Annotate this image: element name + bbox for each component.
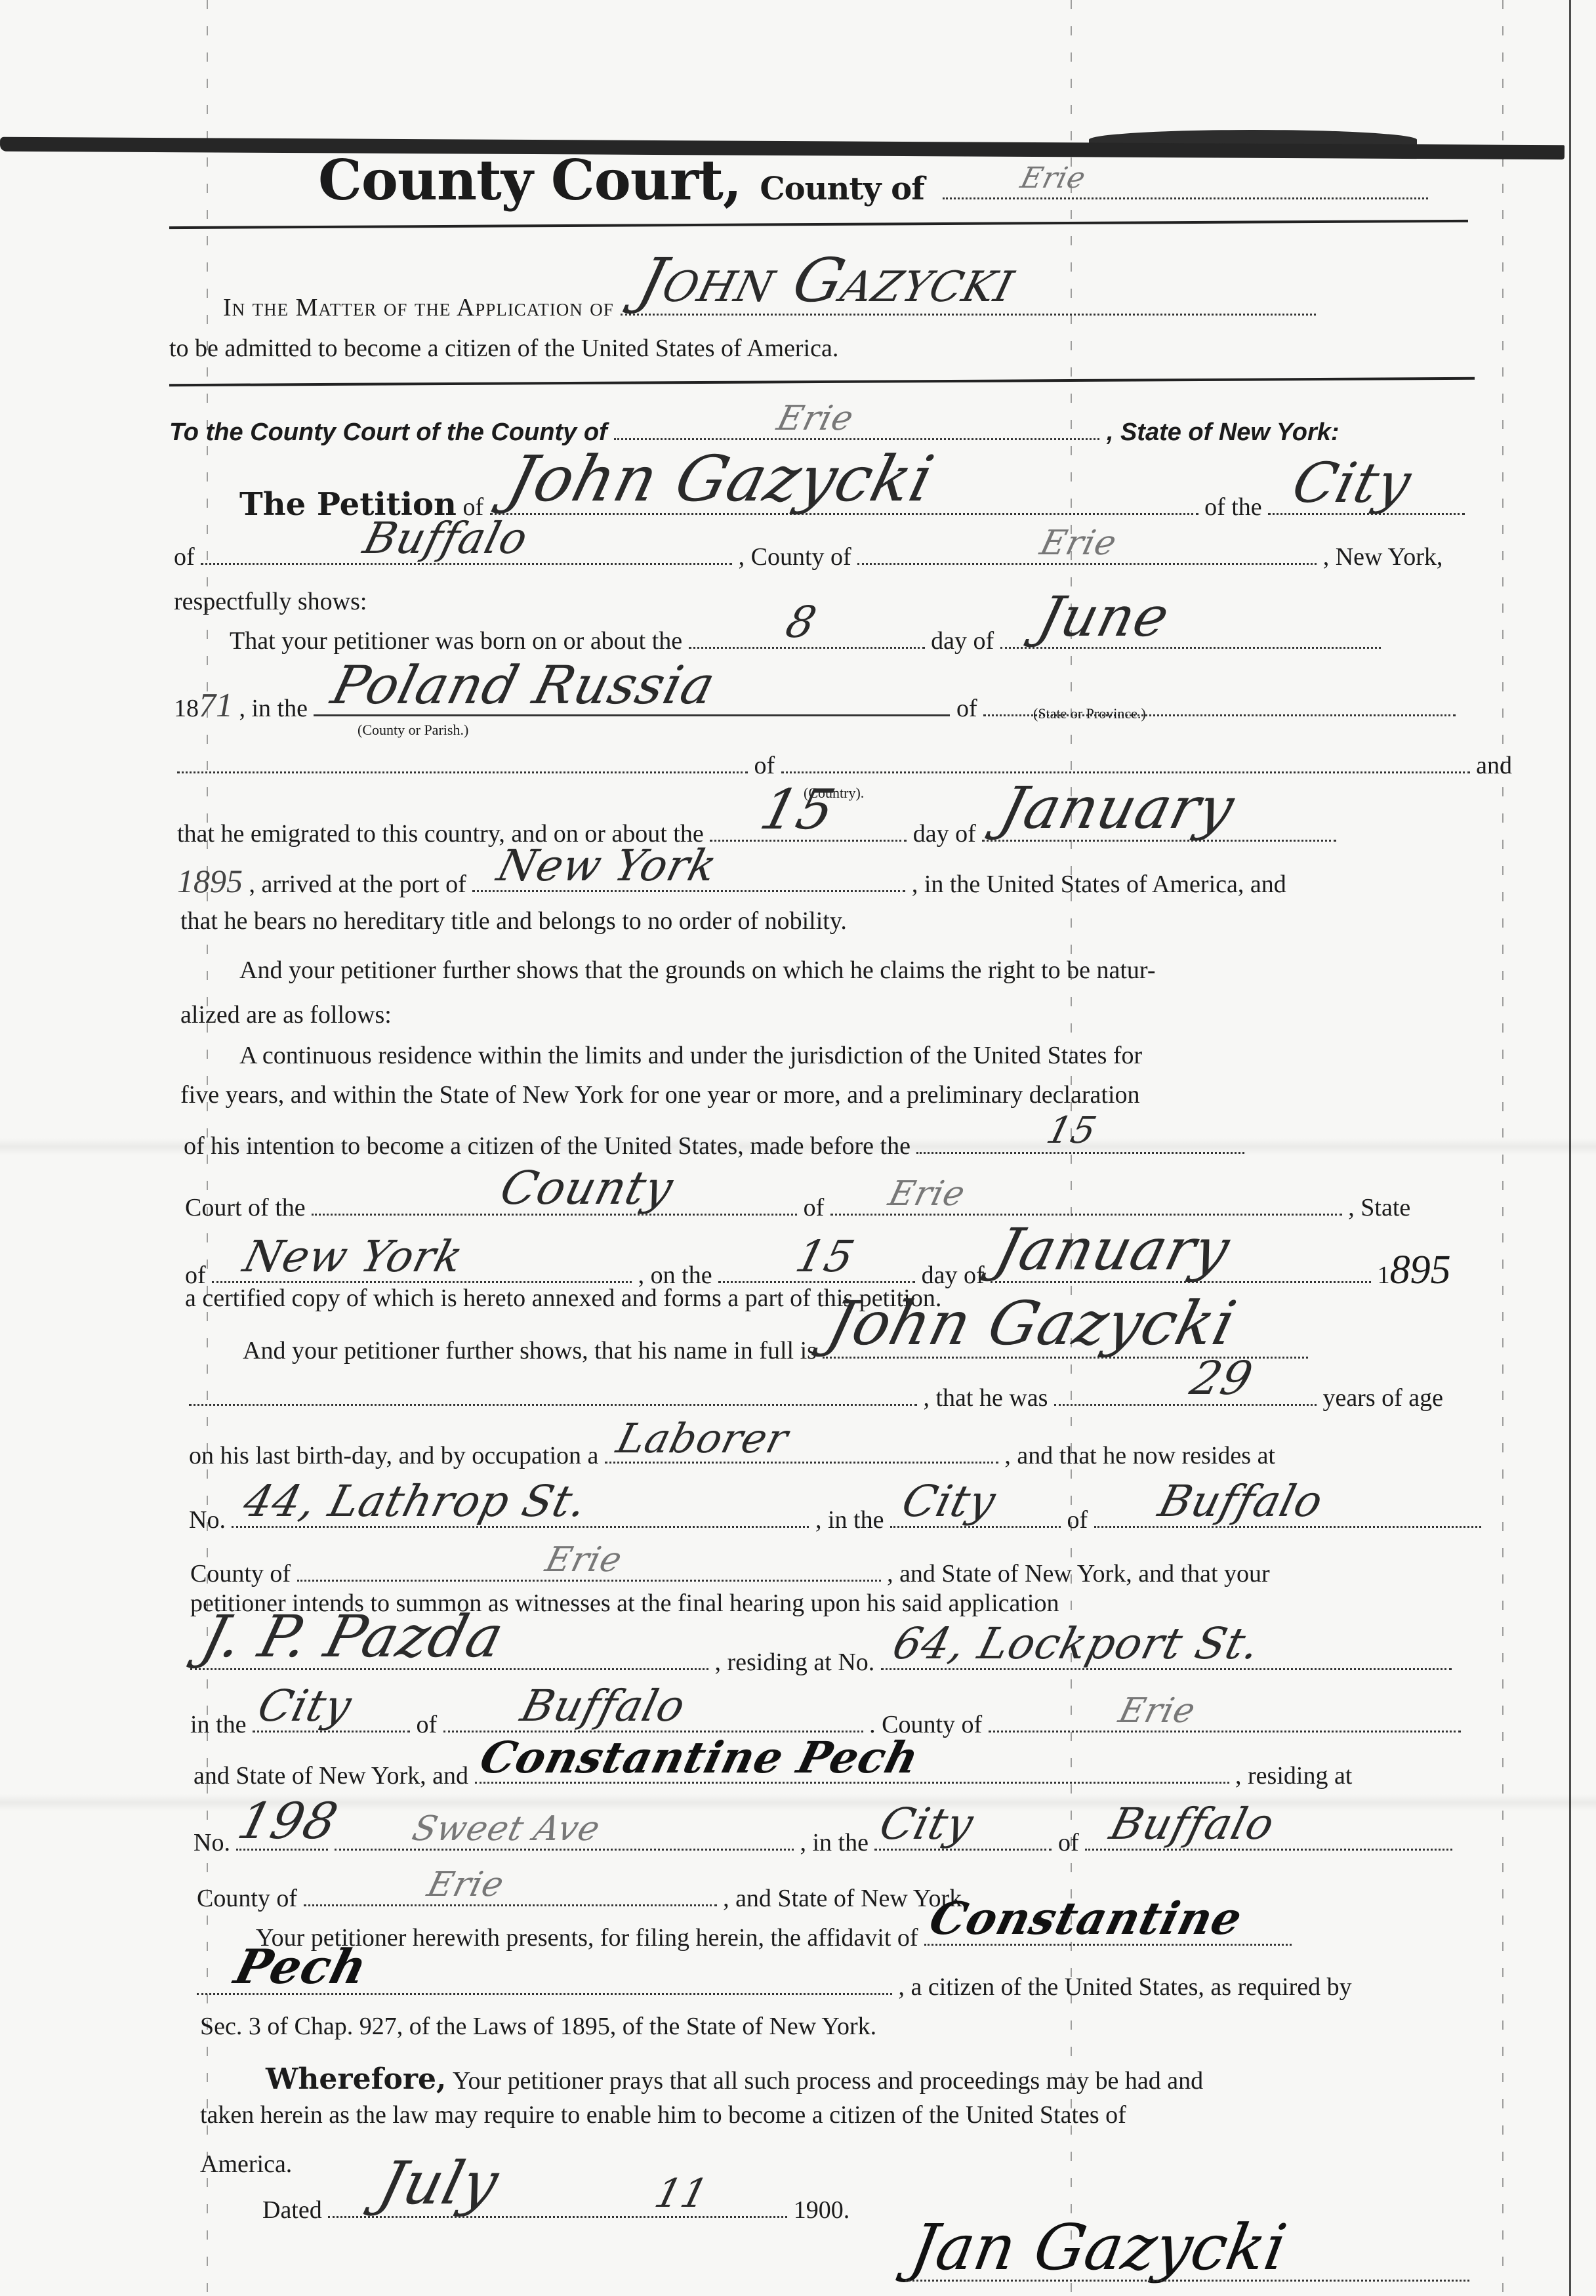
law-line: Sec. 3 of Chap. 927, of the Laws of 1895… — [200, 2014, 876, 2039]
certified-line: a certified copy of which is hereto anne… — [185, 1286, 941, 1311]
petition-name-field[interactable]: John Gazycki — [490, 506, 1198, 515]
grounds-line: alized are as follows: — [180, 1002, 392, 1027]
witness2-name-field[interactable]: Constantine Pech — [475, 1775, 1229, 1784]
applicant-name: John Gazycki — [633, 251, 1022, 311]
title-county-field[interactable]: Erie — [943, 191, 1428, 199]
in-the-label: , in the — [239, 696, 308, 721]
witness2-number-field[interactable]: 198 — [236, 1842, 328, 1851]
petitioner-signature: Jan Gazycki — [905, 2211, 1292, 2284]
residence-line: five years, and within the State of New … — [180, 1082, 1140, 1107]
title-county-value: Erie — [1017, 161, 1090, 195]
country-field-left[interactable] — [177, 765, 748, 773]
state-suffix: , and State of New York. — [723, 1886, 968, 1911]
wherefore-line: America. — [200, 2152, 292, 2177]
scanned-document: County Court, County of Erie In the Matt… — [0, 0, 1596, 2296]
witness1-name: J. P. Pazda — [196, 1608, 510, 1666]
resides-label: , and that he now resides at — [1004, 1443, 1275, 1468]
occupation-value: Laborer — [613, 1418, 792, 1459]
respectfully-line: respectfully shows: — [174, 589, 367, 614]
state-of-ny: , State of New York: — [1107, 420, 1340, 445]
year-prefix: 1 — [1378, 1263, 1390, 1288]
affidavit-line: Your petitioner herewith presents, for f… — [256, 1925, 1292, 1950]
dated-field[interactable]: July 11 — [328, 2209, 787, 2218]
of-label: of — [956, 696, 977, 721]
birth-month: June — [1033, 589, 1175, 644]
full-name: John Gazycki — [822, 1294, 1242, 1354]
of-the: of the — [1204, 495, 1262, 520]
birth-place-field[interactable]: Poland Russia — [314, 708, 950, 716]
year-prefix: 18 — [174, 696, 199, 721]
affidavit-suffix: , a citizen of the United States, as req… — [899, 1975, 1352, 1999]
fold-crease — [0, 1794, 1596, 1811]
of-label: of — [416, 1712, 437, 1737]
dated-day: 11 — [651, 2174, 712, 2213]
decl-month: January — [990, 1221, 1235, 1279]
decl-county-field[interactable]: Erie — [830, 1207, 1342, 1216]
applicant-field[interactable]: John Gazycki — [621, 307, 1316, 316]
petition-name: John Gazycki — [502, 447, 940, 510]
witness2-number: 198 — [234, 1796, 343, 1846]
new-york-label: , New York, — [1323, 544, 1443, 569]
witness2-label: and State of New York, and — [194, 1763, 468, 1788]
emigrated-line: that he emigrated to this country, and o… — [177, 821, 1336, 846]
years-of-age-label: years of age — [1322, 1385, 1443, 1410]
birth-month-field[interactable]: June — [1000, 640, 1381, 649]
title-main: County Court, — [318, 148, 741, 213]
res-county-line: County of Erie , and State of New York, … — [190, 1561, 1270, 1586]
nobility-line: that he bears no hereditary title and be… — [180, 909, 847, 933]
res-city-field[interactable]: Buffalo — [1094, 1519, 1481, 1528]
in-the-label: , in the — [815, 1507, 884, 1532]
arrival-month: January — [994, 779, 1240, 837]
witness2-county-line: County of Erie , and State of New York. — [197, 1886, 968, 1911]
witness2-mun-field[interactable]: City — [874, 1842, 1052, 1851]
intention-field[interactable]: 15 — [916, 1145, 1244, 1154]
wherefore-label: Wherefore, — [266, 2065, 446, 2094]
witness1-line: J. P. Pazda , residing at No. 64, Lockpo… — [190, 1650, 1452, 1675]
witness1-name-field[interactable]: J. P. Pazda — [190, 1662, 708, 1670]
municipality-type-field[interactable]: City — [1268, 506, 1465, 515]
arrived-suffix: , in the United States of America, and — [912, 872, 1286, 897]
full-name-cont-field[interactable] — [189, 1397, 917, 1406]
matter-line: In the Matter of the Application of John… — [223, 295, 1316, 320]
witness2-line: and State of New York, and Constantine P… — [194, 1763, 1352, 1788]
county-of-label: County of — [197, 1886, 297, 1911]
to-court-line: To the County Court of the County of Eri… — [169, 420, 1340, 445]
res-county: Erie — [542, 1543, 625, 1577]
wherefore-text: Your petitioner prays that all such proc… — [453, 2068, 1203, 2093]
of-label: of — [1067, 1507, 1088, 1532]
witness1-city: Buffalo — [516, 1685, 689, 1728]
affidavit-name-last: Pech — [230, 1943, 372, 1990]
witness2-county: Erie — [424, 1868, 507, 1902]
country-line: of and — [177, 753, 1512, 778]
city-value: Buffalo — [359, 517, 533, 560]
in-the-label: , in the — [800, 1830, 868, 1855]
address-line: No. 44, Lathrop St. , in the City of Buf… — [189, 1507, 1481, 1532]
and-label: and — [1476, 753, 1512, 778]
birth-year: 71 — [199, 689, 233, 723]
affidavit-name-field[interactable]: Constantine — [924, 1937, 1292, 1946]
witness2-county-field[interactable]: Erie — [304, 1898, 717, 1906]
born-line: That your petitioner was born on or abou… — [230, 628, 1381, 653]
street-address-field[interactable]: 44, Lathrop St. — [232, 1519, 809, 1528]
birth-day-field[interactable]: 8 — [689, 640, 925, 649]
grounds-line: And your petitioner further shows that t… — [239, 958, 1155, 983]
res-municipality-field[interactable]: City — [890, 1519, 1061, 1528]
arrival-port-field[interactable]: New York — [472, 884, 905, 892]
decl-state: New York — [239, 1235, 468, 1279]
dated-line: Dated July 11 1900. — [262, 2198, 849, 2223]
res-municipality-type: City — [898, 1480, 1000, 1523]
city-line: of Buffalo , County of Erie , New York, — [174, 544, 1443, 569]
street-address: 44, Lathrop St. — [239, 1480, 592, 1523]
decl-year: 895 — [1390, 1250, 1451, 1290]
arrival-day: 15 — [756, 782, 841, 837]
affidavit-cont-line: Pech , a citizen of the United States, a… — [197, 1975, 1352, 1999]
county-label: , County of — [739, 544, 851, 569]
page-title: County Court, County of Erie — [318, 148, 1428, 213]
res-city: Buffalo — [1154, 1480, 1327, 1523]
county-of-label: County of — [190, 1561, 291, 1586]
fullname-line: And your petitioner further shows, that … — [243, 1338, 1308, 1363]
age-line: , that he was 29 years of age — [189, 1385, 1443, 1410]
witness1-mun-type: City — [254, 1685, 356, 1728]
wherefore-line: Wherefore, Your petitioner prays that al… — [266, 2065, 1203, 2094]
decl-day: 15 — [792, 1235, 859, 1279]
witness2-city-field[interactable]: Buffalo — [1085, 1842, 1452, 1851]
witness1-county: Erie — [1115, 1694, 1198, 1728]
decl-day-field[interactable]: 15 — [718, 1275, 915, 1283]
age-field[interactable]: 29 — [1054, 1397, 1317, 1406]
divider — [169, 220, 1468, 229]
of-label: of — [174, 544, 195, 569]
of-label: of — [754, 753, 775, 778]
witness2-street: Sweet Ave — [409, 1812, 604, 1846]
divider — [169, 377, 1475, 386]
decl-month-field[interactable]: January — [991, 1275, 1371, 1283]
to-court-label: To the County Court of the County of — [169, 420, 607, 445]
witness2-street-field[interactable]: Sweet Ave — [335, 1842, 794, 1851]
no-label: No. — [194, 1830, 230, 1855]
arrival-port-line: 1895 , arrived at the port of New York ,… — [177, 865, 1286, 897]
dated-label: Dated — [262, 2198, 322, 2223]
witness1-mun-field[interactable]: City — [253, 1724, 410, 1732]
age-value: 29 — [1186, 1355, 1258, 1401]
occupation-field[interactable]: Laborer — [605, 1455, 998, 1464]
intention-line: of his intention to become a citizen of … — [184, 1134, 1244, 1158]
court-of-the-label: Court of the — [185, 1195, 306, 1220]
decl-court: County — [496, 1165, 678, 1211]
arrival-month-field[interactable]: January — [982, 833, 1336, 842]
witness1-county-field[interactable]: Erie — [989, 1724, 1461, 1732]
of-label: of — [1058, 1830, 1079, 1855]
county-or-parish-caption: (County or Parish.) — [358, 722, 468, 739]
res-county-field[interactable]: Erie — [297, 1573, 881, 1582]
residing-label: , residing at — [1235, 1763, 1352, 1788]
state-suffix: , and State of New York, and that your — [887, 1561, 1270, 1586]
state-or-province-caption: (State or Province.) — [1033, 705, 1146, 722]
to-court-county: Erie — [774, 401, 857, 436]
witness1-address-field[interactable]: 64, Lockport St. — [881, 1662, 1452, 1670]
to-court-county-field[interactable]: Erie — [614, 432, 1099, 440]
that-he-was-label: , that he was — [924, 1385, 1048, 1410]
country-field[interactable] — [781, 765, 1470, 773]
affidavit-name-cont-field[interactable]: Pech — [197, 1986, 892, 1995]
matter-label: In the Matter of the Application of — [223, 295, 614, 320]
residing-label: , residing at No. — [715, 1650, 875, 1675]
of-label: of — [804, 1195, 825, 1220]
dated-month: July — [373, 2154, 504, 2213]
in-the-label: in the — [190, 1712, 246, 1737]
county-value: Erie — [1037, 526, 1120, 560]
day-of-label: day of — [913, 821, 976, 846]
state-label: , State — [1348, 1195, 1410, 1220]
day-of-label: day of — [931, 628, 994, 653]
arrival-port: New York — [493, 844, 722, 888]
decl-court-field[interactable]: County — [312, 1207, 797, 1216]
decl-state-field[interactable]: New York — [212, 1275, 632, 1283]
birthplace-line: 1871 , in the Poland Russia of — [174, 689, 1456, 723]
wherefore-line: taken herein as the law may require to e… — [200, 2102, 1126, 2127]
admitted-line: to be admitted to become a citizen of th… — [169, 336, 838, 361]
arrival-day-field[interactable]: 15 — [710, 833, 907, 842]
dated-year: 1900. — [794, 2198, 850, 2223]
no-label: No. — [189, 1507, 226, 1532]
decl-county: Erie — [885, 1177, 968, 1211]
born-label: That your petitioner was born on or abou… — [230, 628, 682, 653]
municipality-type: City — [1288, 455, 1417, 510]
affidavit-name-first: Constantine — [926, 1896, 1247, 1941]
intention-label: of his intention to become a citizen of … — [184, 1134, 911, 1158]
county-field[interactable]: Erie — [857, 556, 1317, 565]
witness2-address-line: No. 198 Sweet Ave , in the City of Buffa… — [194, 1830, 1452, 1855]
title-county-label: County of — [760, 171, 924, 207]
witness2-name: Constantine Pech — [476, 1736, 923, 1779]
witness2-mun-type: City — [876, 1803, 978, 1846]
arrived-label: , arrived at the port of — [249, 872, 466, 897]
occupation-line: on his last birth-day, and by occupation… — [189, 1443, 1275, 1468]
witness2-city: Buffalo — [1106, 1803, 1279, 1846]
birth-place: Poland Russia — [327, 659, 721, 712]
signature-line[interactable] — [905, 2280, 1469, 2282]
witness1-address: 64, Lockport St. — [889, 1622, 1265, 1666]
birth-day: 8 — [781, 601, 820, 644]
occupation-label: on his last birth-day, and by occupation… — [189, 1443, 598, 1468]
city-field[interactable]: Buffalo — [201, 556, 732, 565]
arrival-year: 1895 — [177, 865, 243, 897]
intention-value: 15 — [1044, 1113, 1101, 1149]
fullname-label: And your petitioner further shows, that … — [243, 1338, 817, 1363]
residence-line: A continuous residence within the limits… — [239, 1043, 1142, 1068]
